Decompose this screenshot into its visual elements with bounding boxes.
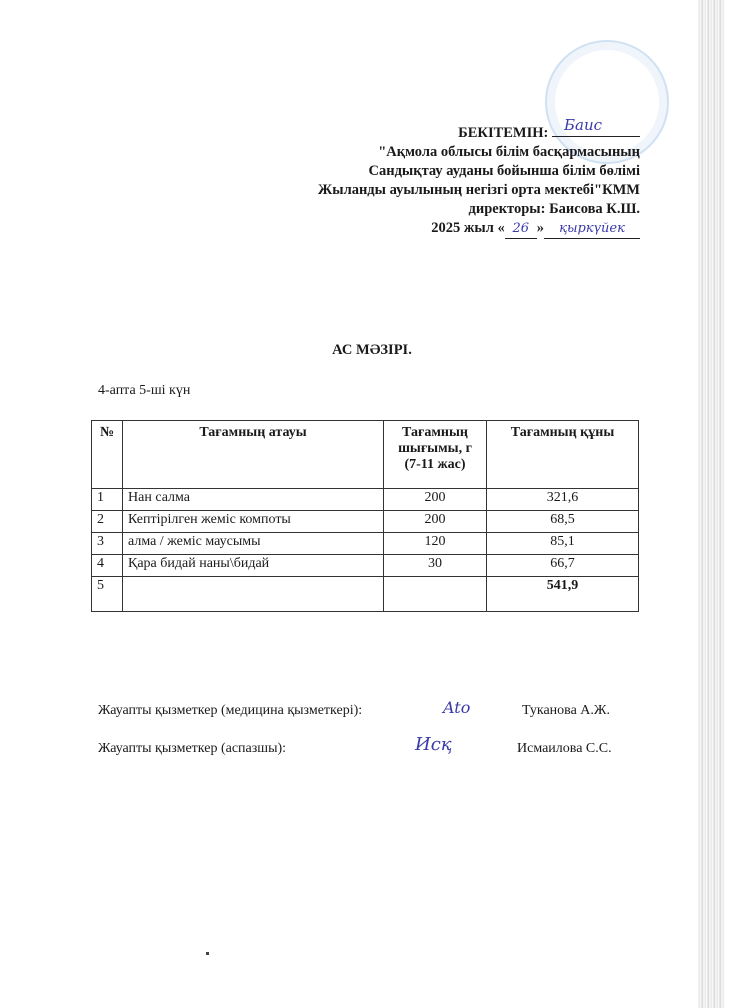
director-signature-line: Баис bbox=[552, 120, 640, 137]
date-month: қыркүйек bbox=[559, 221, 625, 236]
table-row: 1 Нан салма 200 321,6 bbox=[92, 489, 639, 511]
scan-speck bbox=[206, 952, 209, 955]
header-dish-name: Тағамның атауы bbox=[123, 421, 384, 489]
approval-block: БЕКІТЕМІН: Баис "Ақмола облысы білім бас… bbox=[318, 120, 640, 239]
director-signature: Баис bbox=[564, 116, 602, 135]
header-cost: Тағамның құны bbox=[487, 421, 639, 489]
org-line-3: Жыланды ауылының негізгі орта мектебі"КМ… bbox=[318, 181, 640, 200]
table-header-row: № Тағамның атауы Тағамның шығымы, г (7-1… bbox=[92, 421, 639, 489]
page-title: АС МӘЗІРІ. bbox=[0, 342, 732, 359]
responsible-cook-label: Жауапты қызметкер (аспазшы): bbox=[98, 741, 286, 757]
director-name: директоры: Баисова К.Ш. bbox=[318, 200, 640, 219]
table-row: 2 Кептірілген жеміс компоты 200 68,5 bbox=[92, 511, 639, 533]
responsible-medical-name: Туканова А.Ж. bbox=[522, 703, 610, 719]
medical-signature: Ato bbox=[443, 698, 470, 717]
approval-date: 2025 жыл «26»қыркүйек bbox=[318, 219, 640, 239]
responsible-medical-label: Жауапты қызметкер (медицина қызметкері): bbox=[98, 703, 362, 719]
approval-heading: БЕКІТЕМІН: bbox=[458, 125, 548, 141]
header-number: № bbox=[92, 421, 123, 489]
responsible-cook-name: Исмаилова С.С. bbox=[517, 741, 612, 757]
scan-edge-artifact bbox=[698, 0, 724, 1008]
table-total-row: 5 541,9 bbox=[92, 577, 639, 612]
table-row: 4 Қара бидай наны\бидай 30 66,7 bbox=[92, 555, 639, 577]
org-line-1: "Ақмола облысы білім басқармасының bbox=[318, 143, 640, 162]
cook-signature: Исқ bbox=[415, 734, 452, 755]
week-day-label: 4-апта 5-ші күн bbox=[98, 383, 190, 399]
table-row: 3 алма / жеміс маусымы 120 85,1 bbox=[92, 533, 639, 555]
menu-table: № Тағамның атауы Тағамның шығымы, г (7-1… bbox=[91, 420, 639, 612]
total-cost: 541,9 bbox=[487, 577, 639, 612]
date-day: 26 bbox=[512, 221, 529, 236]
org-line-2: Сандықтау ауданы бойынша білім бөлімі bbox=[318, 162, 640, 181]
header-yield: Тағамның шығымы, г (7-11 жас) bbox=[384, 421, 487, 489]
